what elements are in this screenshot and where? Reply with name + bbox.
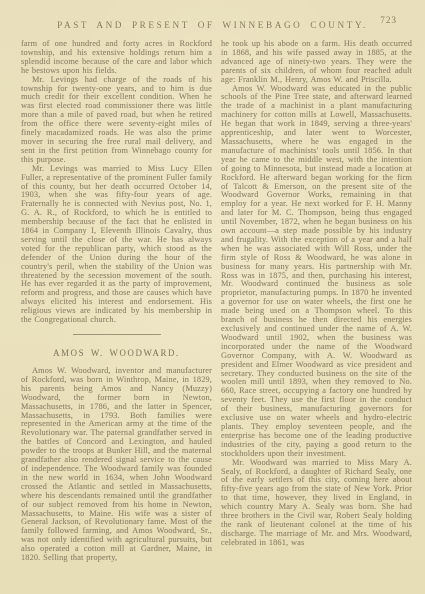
page-number: 723: [380, 15, 397, 25]
paragraph: he took up his abode on a farm. His deat…: [221, 40, 412, 85]
page-header: PAST AND PRESENT OF WINNEBAGO COUNTY. 72…: [0, 0, 425, 29]
paragraph: farm of one hundred and forty acres in R…: [21, 40, 212, 76]
right-column: he took up his abode on a farm. His deat…: [221, 40, 412, 563]
paragraph: Amos W. Woodward was educated in the pub…: [221, 85, 412, 459]
paragraph: Mr. Levings had charge of the roads of h…: [21, 76, 212, 165]
text-columns: farm of one hundred and forty acres in R…: [0, 29, 425, 563]
left-column: farm of one hundred and forty acres in R…: [21, 40, 212, 563]
running-title: PAST AND PRESENT OF WINNEBAGO COUNTY.: [57, 20, 368, 30]
book-page: PAST AND PRESENT OF WINNEBAGO COUNTY. 72…: [0, 0, 425, 594]
section-heading: AMOS W. WOODWARD.: [21, 348, 212, 358]
paragraph: Mr. Levings was married to Miss Lucy Ell…: [21, 165, 212, 325]
paragraph: Amos W. Woodward, inventor and manufactu…: [21, 367, 212, 563]
paragraph: Mr. Woodward was married to Miss Mary A.…: [221, 459, 412, 548]
section-divider: [73, 334, 161, 335]
